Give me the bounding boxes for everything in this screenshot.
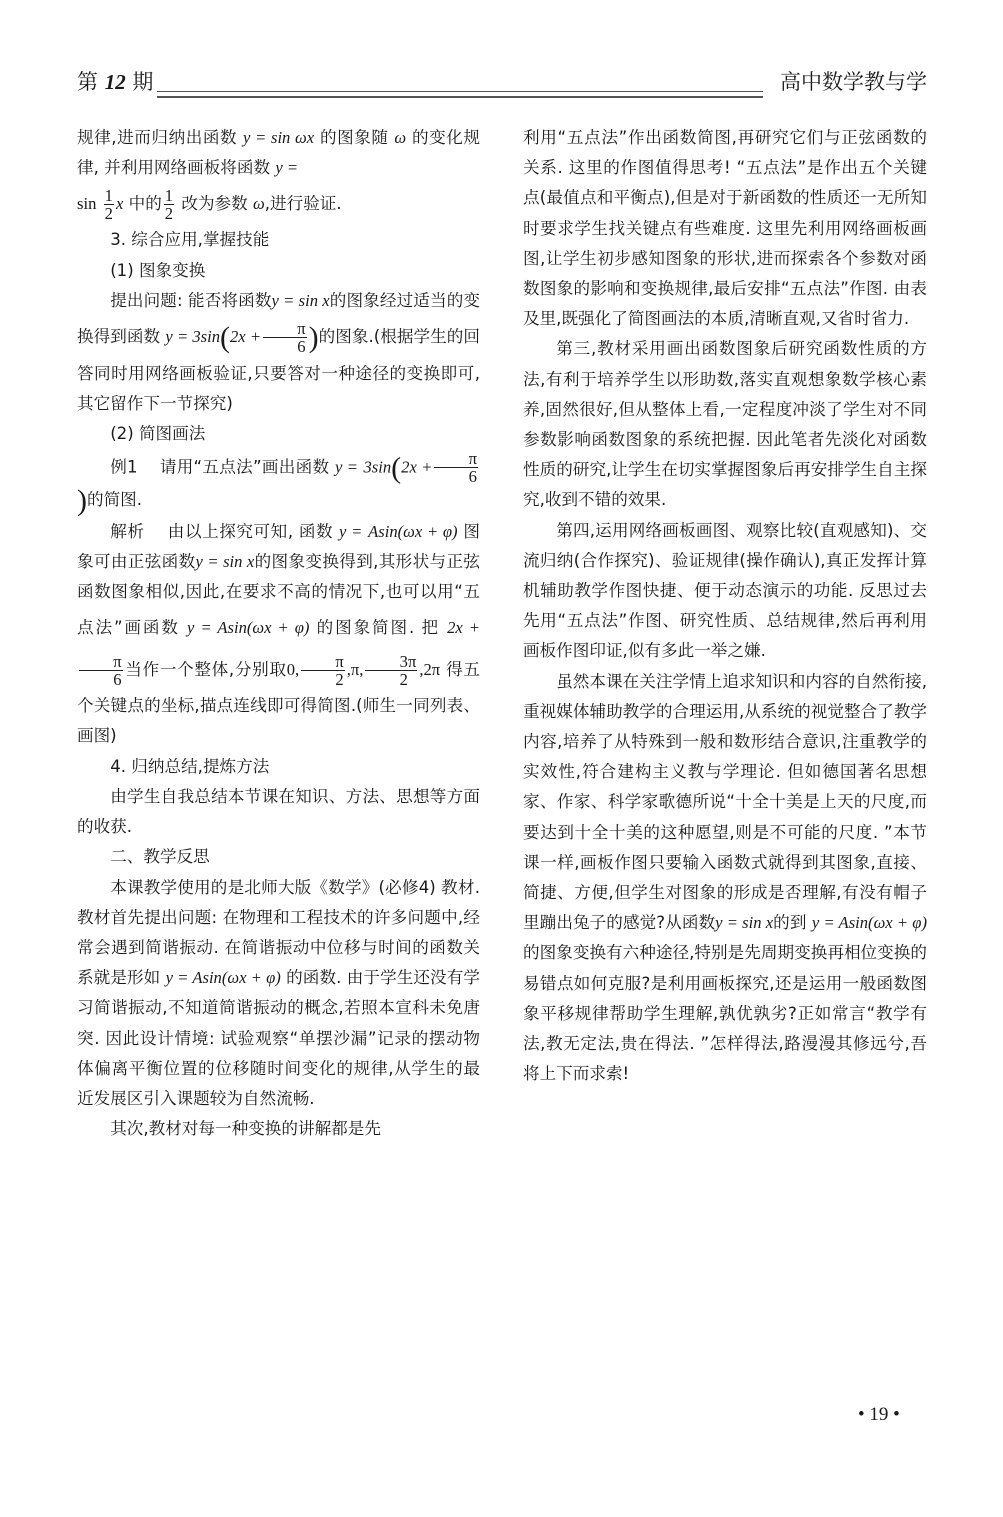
paragraph: 本课教学使用的是北师大版《数学》(必修4) 教材. 教材首先提出问题: 在物理和… [77, 873, 480, 1115]
math: 2x + [401, 457, 432, 476]
subsection-heading: (1) 图象变换 [77, 256, 480, 286]
denominator: 6 [79, 671, 123, 688]
numerator: π [301, 653, 345, 671]
math: y = sin ωx [243, 128, 314, 147]
text: 的图象随 [320, 128, 389, 147]
text: 规律,进而归纳出函数 [77, 128, 237, 147]
paragraph: 第三,教材采用画出函数图象后研究函数性质的方法,有利于培养学生以形助数,落实直观… [523, 334, 927, 515]
numerator: π [79, 653, 123, 671]
paragraph: sin 12x 中的12 改为参数 ω,进行验证. [77, 183, 480, 225]
text: 提出问题: 能否将函数 [110, 291, 271, 310]
page-number: • 19 • [858, 1404, 900, 1426]
paragraph: 利用“五点法”作出函数简图,再研究它们与正弦函数的关系. 这里的作图值得思考! … [523, 123, 927, 334]
solution-label: 解析 [110, 522, 144, 541]
text: 的函数. 由于学生还没有学习简谐振动,不知道简谐振动的概念,若照本宣科未免唐突.… [77, 968, 480, 1108]
fraction: 3π2 [365, 653, 417, 689]
paren: ( [391, 451, 401, 484]
paragraph: 其次,教材对每一种变换的讲解都是先 [77, 1114, 480, 1144]
fraction: π6 [263, 320, 307, 356]
math: ,π, [347, 660, 364, 679]
paren: ( [220, 321, 230, 354]
numerator: 3π [365, 653, 417, 671]
fraction: π2 [301, 653, 345, 689]
math: y = Asin(ωx + φ) [166, 968, 281, 987]
math: y = Asin(ωx + φ) [187, 618, 309, 637]
paren: ) [77, 484, 87, 517]
denominator: 2 [365, 671, 417, 688]
fraction: 12 [164, 187, 174, 223]
numerator: π [434, 450, 478, 468]
paragraph: 规律,进而归纳出函数 y = sin ωx 的图象随 ω 的变化规律, 并利用网… [77, 123, 480, 183]
example-label: 例1 [110, 457, 137, 476]
paragraph: 第四,运用网络画板画图、观察比较(直观感知)、交流归纳(合作探究)、验证规律(操… [523, 516, 927, 667]
numerator: 1 [104, 187, 114, 205]
denominator: 2 [104, 205, 114, 222]
math: 2x + [230, 327, 261, 346]
issue-label: 第 12 期 [77, 68, 153, 96]
paren: ) [309, 321, 319, 354]
denominator: 6 [434, 468, 478, 485]
numerator: 1 [164, 187, 174, 205]
header-rule [157, 91, 763, 98]
issue-number: 12 [105, 70, 126, 94]
section-heading: 4. 归纳总结,提炼方法 [77, 752, 480, 782]
math: y = [339, 522, 362, 541]
math: y = [335, 457, 358, 476]
text: 的 [319, 327, 336, 346]
text: 的图象变换有六种途径,特别是先周期变换再相位变换的易错点如何克服?是利用画板探究… [523, 943, 927, 1083]
fraction: 12 [104, 187, 114, 223]
journal-title: 高中数学教与学 [780, 68, 927, 96]
section-heading: 3. 综合应用,掌握技能 [77, 225, 480, 255]
text: 的图象简图. 把 [317, 618, 440, 637]
fraction: π6 [434, 450, 478, 486]
math: ω [253, 194, 265, 213]
math: y = sin x [196, 552, 255, 571]
math: x [116, 194, 123, 213]
paragraph: 由学生自我总结本节课在知识、方法、思想等方面的收获. [77, 782, 480, 842]
text: 的到 [773, 913, 806, 932]
section-heading: 二、教学反思 [77, 842, 480, 872]
math: 0, [287, 660, 299, 679]
math: ,2π [419, 660, 440, 679]
math: y = [275, 158, 298, 177]
math: Asin(ωx + φ) [368, 522, 457, 541]
running-header: 第 12 期 高中数学教与学 [77, 66, 927, 100]
text: 虽然本课在关注学情上追求知识和内容的自然衔接,重视媒体辅助教学的合理运用,从系统… [523, 672, 927, 933]
math: 2x + [447, 618, 480, 637]
denominator: 2 [164, 205, 174, 222]
text: 改为参数 [181, 194, 247, 213]
math: sin [77, 194, 96, 213]
math: 3sin [363, 457, 391, 476]
math: y = 3sin [165, 327, 220, 346]
text: 中的 [129, 194, 162, 213]
text: 由以上探究可知, 函数 [168, 522, 333, 541]
left-column: 规律,进而归纳出函数 y = sin ωx 的图象随 ω 的变化规律, 并利用网… [77, 123, 480, 1144]
paragraph: 提出问题: 能否将函数y = sin x的图象经过适当的变换得到函数 y = 3… [77, 286, 480, 420]
solution: 解析 由以上探究可知, 函数 y = Asin(ωx + φ) 图象可由正弦函数… [77, 517, 480, 752]
example: 例1 请用“五点法”画出函数 y = 3sin(2x +π6)的简图. [77, 450, 480, 517]
issue-prefix: 第 [77, 70, 98, 94]
subsection-heading: (2) 简图画法 [77, 419, 480, 449]
fraction: π6 [79, 653, 123, 689]
numerator: π [263, 320, 307, 338]
text: 当作一个整体,分别取 [125, 660, 287, 679]
math: y = sin x [272, 291, 330, 310]
issue-suffix: 期 [132, 70, 153, 94]
denominator: 2 [301, 671, 345, 688]
text: ,进行验证. [265, 194, 342, 213]
math: y = sin x [715, 913, 773, 932]
text: 的简图. [87, 490, 142, 509]
right-column: 利用“五点法”作出函数简图,再研究它们与正弦函数的关系. 这里的作图值得思考! … [523, 123, 927, 1090]
math: ω [394, 128, 406, 147]
paragraph: 虽然本课在关注学情上追求知识和内容的自然衔接,重视媒体辅助教学的合理运用,从系统… [523, 667, 927, 1090]
text: 请用“五点法”画出函数 [160, 457, 330, 476]
math: y = Asin(ωx + φ) [812, 913, 927, 932]
denominator: 6 [263, 338, 307, 355]
